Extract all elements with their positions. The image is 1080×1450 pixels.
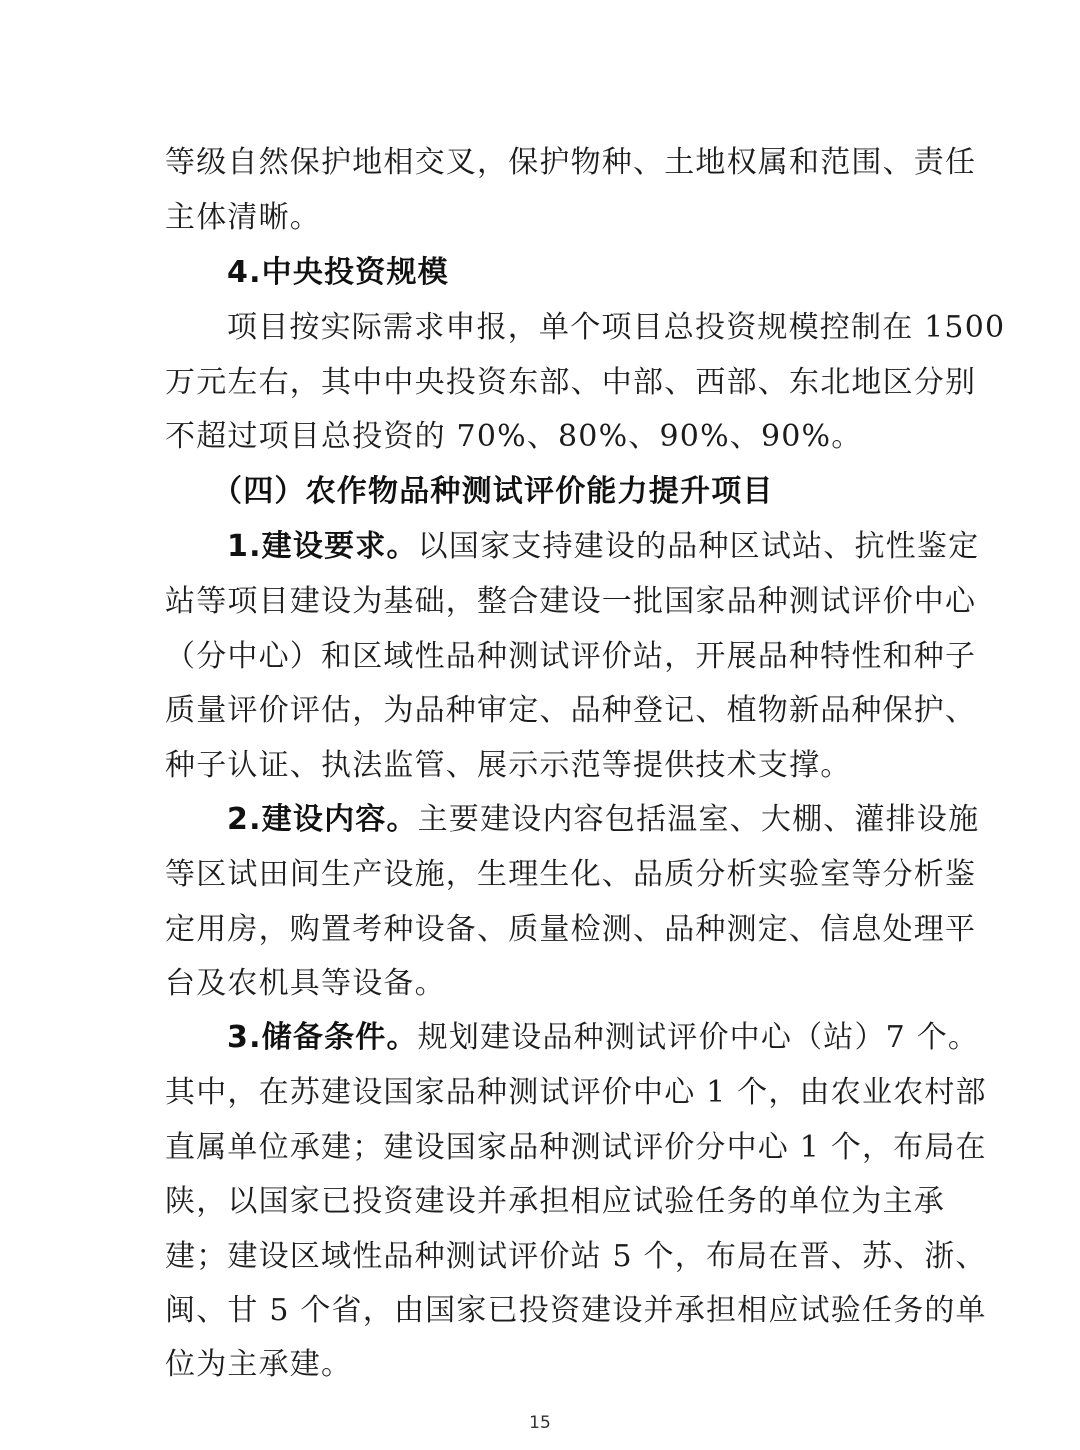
body-text-line: 等区试田间生产设施，生理生化、品质分析实验室等分析鉴 xyxy=(165,855,917,895)
body-text-line: 质量评价评估，为品种审定、品种登记、植物新品种保护、 xyxy=(165,691,917,731)
body-text: 主要建设内容包括温室、大棚、灌排设施 xyxy=(418,802,980,837)
body-text-line: 种子认证、执法监管、展示示范等提供技术支撑。 xyxy=(165,746,917,786)
body-text-line: 万元左右，其中中央投资东部、中部、西部、东北地区分别 xyxy=(165,363,917,403)
body-text-line: 不超过项目总投资的 70%、80%、90%、90%。 xyxy=(165,417,917,457)
paragraph-reserve-conditions-first-line: 3.储备条件。规划建设品种测试评价中心（站）7 个。 xyxy=(227,1018,917,1058)
body-text-line: 位为主承建。 xyxy=(165,1345,917,1385)
body-text-line: 项目按实际需求申报，单个项目总投资规模控制在 1500 xyxy=(227,308,917,348)
page-number: 15 xyxy=(0,1413,1080,1433)
paragraph-lead-construction-requirements: 1.建设要求。 xyxy=(227,529,418,564)
body-text-line: 其中，在苏建设国家品种测试评价中心 1 个，由农业农村部 xyxy=(165,1073,917,1113)
body-text-line: 等级自然保护地相交叉，保护物种、土地权属和范围、责任 xyxy=(165,143,917,183)
body-text-line: 闽、甘 5 个省，由国家已投资建设并承担相应试验任务的单 xyxy=(165,1291,917,1331)
paragraph-lead-construction-content: 2.建设内容。 xyxy=(227,802,418,837)
body-text: 规划建设品种测试评价中心（站）7 个。 xyxy=(418,1020,979,1055)
body-text-line: 建；建设区域性品种测试评价站 5 个，布局在晋、苏、浙、 xyxy=(165,1237,917,1277)
document-page: 等级自然保护地相交叉，保护物种、土地权属和范围、责任 主体清晰。 4.中央投资规… xyxy=(0,0,1080,1450)
paragraph-construction-content-first-line: 2.建设内容。主要建设内容包括温室、大棚、灌排设施 xyxy=(227,800,917,840)
body-text-line: （分中心）和区域性品种测试评价站，开展品种特性和种子 xyxy=(165,637,917,677)
body-text-line: 陕，以国家已投资建设并承担相应试验任务的单位为主承 xyxy=(165,1182,917,1222)
body-text: 以国家支持建设的品种区试站、抗性鉴定 xyxy=(418,529,980,564)
body-text-line: 台及农机具等设备。 xyxy=(165,964,917,1004)
section-heading-central-investment: 4.中央投资规模 xyxy=(227,253,917,293)
paragraph-lead-reserve-conditions: 3.储备条件。 xyxy=(227,1020,418,1055)
paragraph-construction-requirements-first-line: 1.建设要求。以国家支持建设的品种区试站、抗性鉴定 xyxy=(227,527,917,567)
body-text-line: 直属单位承建；建设国家品种测试评价分中心 1 个，布局在 xyxy=(165,1128,917,1168)
body-text-line: 主体清晰。 xyxy=(165,198,917,238)
body-text-line: 定用房，购置考种设备、质量检测、品种测定、信息处理平 xyxy=(165,910,917,950)
body-text-line: 站等项目建设为基础，整合建设一批国家品种测试评价中心 xyxy=(165,582,917,622)
section-heading-crop-variety-testing: （四）农作物品种测试评价能力提升项目 xyxy=(212,472,902,512)
